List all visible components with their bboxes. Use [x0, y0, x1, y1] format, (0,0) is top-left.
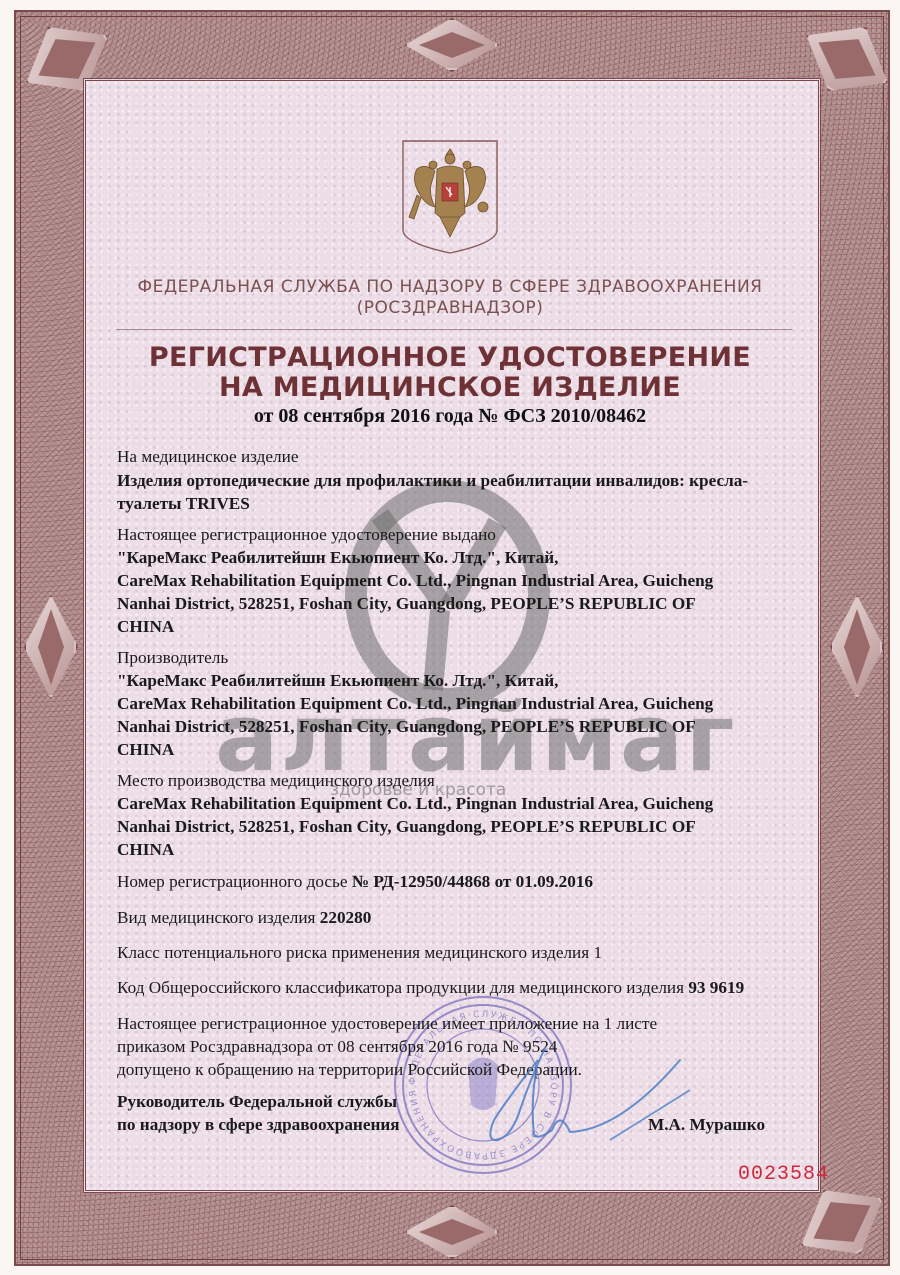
dossier-number-row: Номер регистрационного досье № РД-12950/…: [117, 870, 593, 893]
device-name-line1: Изделия ортопедические для профилактики …: [117, 469, 748, 492]
handwritten-signature-icon: [460, 1040, 720, 1150]
issued-to-line: Nanhai District, 528251, Foshan City, Gu…: [117, 592, 696, 615]
double-headed-eagle-coat-of-arms-icon: [395, 135, 505, 258]
production-site-line: CareMax Rehabilitation Equipment Co. Ltd…: [117, 792, 713, 815]
production-site-label: Место производства медицинского изделия: [117, 769, 435, 792]
kind-value: 220280: [320, 908, 372, 927]
device-kind-row: Вид медицинского изделия 220280: [117, 906, 371, 929]
certificate-number-date: от 08 сентября 2016 года № ФСЗ 2010/0846…: [0, 405, 900, 428]
production-site-line: Nanhai District, 528251, Foshan City, Gu…: [117, 815, 696, 838]
issued-to-line: CareMax Rehabilitation Equipment Co. Ltd…: [117, 569, 713, 592]
document-title-line1: РЕГИСТРАЦИОННОЕ УДОСТОВЕРЕНИЕ: [0, 342, 900, 373]
dossier-label: Номер регистрационного досье: [117, 872, 352, 891]
issued-to-line: "КареМакс Реабилитейшн Екьюпиент Ко. Лтд…: [117, 546, 558, 569]
agency-abbreviation: (РОСЗДРАВНАДЗОР): [0, 298, 900, 318]
risk-class-row: Класс потенциального риска применения ме…: [117, 941, 602, 964]
okp-value: 93 9619: [688, 978, 744, 997]
manufacturer-label: Производитель: [117, 646, 228, 669]
issued-to-line: CHINA: [117, 615, 174, 638]
dossier-value: № РД-12950/44868 от 01.09.2016: [352, 872, 593, 891]
blank-serial-number: 0023584: [738, 1163, 829, 1186]
issued-to-label: Настоящее регистрационное удостоверение …: [117, 523, 496, 546]
manufacturer-line: CareMax Rehabilitation Equipment Co. Ltd…: [117, 692, 713, 715]
manufacturer-line: CHINA: [117, 738, 174, 761]
manufacturer-line: Nanhai District, 528251, Foshan City, Gu…: [117, 715, 696, 738]
device-label: На медицинское изделие: [117, 445, 298, 468]
header-divider: [116, 329, 792, 330]
document-title-line2: НА МЕДИЦИНСКОЕ ИЗДЕЛИЕ: [0, 372, 900, 403]
manufacturer-line: "КареМакс Реабилитейшн Екьюпиент Ко. Лтд…: [117, 669, 558, 692]
signatory-title-line1: Руководитель Федеральной службы: [117, 1090, 397, 1113]
risk-value: 1: [593, 943, 602, 962]
signatory-title-line2: по надзору в сфере здравоохранения: [117, 1113, 400, 1136]
production-site-line: CHINA: [117, 838, 174, 861]
device-name-line2: туалеты TRIVES: [117, 492, 250, 515]
kind-label: Вид медицинского изделия: [117, 908, 320, 927]
risk-label: Класс потенциального риска применения ме…: [117, 943, 593, 962]
appendix-line: Настоящее регистрационное удостоверение …: [117, 1012, 657, 1035]
agency-name: ФЕДЕРАЛЬНАЯ СЛУЖБА ПО НАДЗОРУ В СФЕРЕ ЗД…: [0, 277, 900, 297]
